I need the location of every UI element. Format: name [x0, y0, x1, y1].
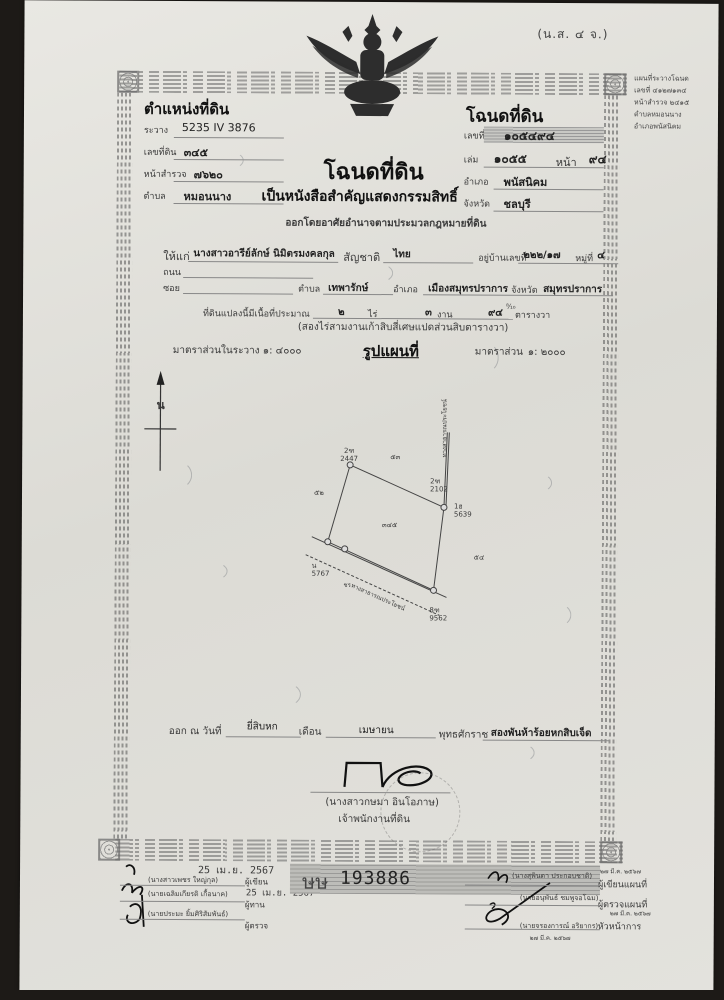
issued-month: เมษายน	[359, 723, 394, 738]
security-fiber	[541, 603, 571, 627]
field-underline	[383, 262, 473, 263]
owner-label: ให้แก่	[163, 247, 189, 265]
scale-left-label: มาตราส่วนในระวาง	[173, 343, 260, 358]
security-fiber	[192, 561, 228, 581]
security-fiber	[261, 681, 301, 707]
map-writer-name: (นางสุพินดา ประกอบชาติ)	[512, 871, 592, 882]
side-note: แผนที่ระวางโฉนด	[634, 73, 689, 84]
section-head-name: (นายจรองการณ์ อริยากร)	[520, 921, 598, 932]
field-label-deed-no: เลขที่	[464, 128, 485, 142]
document-title: โฉนดที่ดิน	[324, 154, 424, 190]
north-arrow-icon	[140, 371, 181, 471]
nationality-value: ไทย	[393, 247, 411, 262]
map-writer-date: ๒๗ มี.ค. ๒๕๖๗	[600, 866, 641, 876]
marker-label: 8ฑ9562	[429, 606, 447, 622]
field-label-parcel-no: เลขที่ดิน	[144, 145, 177, 159]
serial-prefix: ษษ	[302, 866, 329, 898]
side-note: อำเภอพนัสนิคม	[634, 121, 681, 132]
corner-ornament-icon	[604, 73, 626, 95]
field-label-district: อำเภอ	[464, 174, 489, 188]
road-tag: ชร	[344, 580, 351, 590]
neighbor-west: ๕๒	[314, 488, 324, 499]
marker-label: 1ฮ5639	[454, 502, 472, 518]
field-label-province: จังหวัด	[464, 196, 491, 210]
land-title-deed-paper: (น.ส. ๔ จ.) แผนที่ระวางโฉนด เลขที่ ๔๑๒๗๑…	[19, 0, 718, 994]
area-wa-label: ตารางวา	[515, 308, 550, 322]
corner-ornament-icon	[98, 839, 120, 861]
field-underline	[518, 263, 618, 265]
form-number: (น.ส. ๔ จ.)	[537, 25, 608, 44]
field-underline	[174, 137, 284, 139]
map-title: รูปแผนที่	[363, 339, 419, 363]
reviewer-name: (นายเฉลิมเกียรติ เกื้อนาค)	[148, 889, 228, 900]
section-head-date: ๒๗ มี.ค. ๒๕๖๗	[530, 933, 571, 943]
neighbor-north: ๕๓	[390, 452, 400, 463]
field-value-deed-no: ๑๐๕๔๙๔	[504, 127, 555, 146]
security-fiber	[522, 473, 552, 493]
owner-name: นางสาวอารีย์ลักษ์ นิมิตรมงคลกุล	[193, 246, 335, 262]
area-label: ที่ดินแปลงนี้มีเนื้อที่ประมาณ	[203, 306, 310, 321]
field-label-volume: เล่ม	[464, 152, 479, 166]
field-underline	[183, 293, 293, 295]
field-underline	[188, 261, 338, 263]
field-underline	[483, 740, 609, 742]
ornamental-border-left	[113, 93, 133, 839]
corner-ornament-icon	[117, 71, 139, 93]
field-underline	[174, 181, 284, 183]
field-label-survey-page: หน้าสำรวจ	[144, 167, 187, 181]
nationality-label: สัญชาติ	[343, 248, 380, 266]
serial-number: 193886	[340, 868, 411, 889]
corner-ornament-icon	[600, 841, 622, 863]
marker-label: น5767	[312, 562, 330, 578]
ornamental-border-right	[600, 95, 620, 841]
security-fiber	[501, 743, 535, 763]
section-head-role: หัวหน้าการ	[598, 919, 642, 933]
scale-left-value: ๑: ๔๐๐๐	[263, 343, 302, 358]
side-note: ตำบลหมอนนาง	[634, 109, 682, 120]
field-label-subdistrict: ตำบล	[144, 189, 166, 203]
neighbor-east: ๕๔	[474, 553, 485, 564]
north-label: น	[156, 396, 164, 415]
background-surface	[0, 990, 724, 1000]
owner-subdistrict-label: ตำบล	[298, 282, 320, 296]
location-block-title: ตำแหน่งที่ดิน	[144, 97, 229, 121]
area-in-words: (สองไร่สามงานเก้าสิบสี่เศษแปดส่วนสิบตารา…	[298, 320, 508, 336]
issued-under-law: ออกโดยอาศัยอำนาจตามประมวลกฎหมายที่ดิน	[285, 216, 486, 232]
parcel-number: ๓๔๕	[382, 520, 397, 531]
parcel-map	[291, 412, 512, 633]
soi-label: ซอย	[163, 281, 180, 295]
issued-day: ยี่สิบหก	[247, 719, 278, 734]
checker-role: ผู้ตรวจ	[245, 919, 268, 932]
field-underline	[326, 737, 436, 739]
month-label: เดือน	[299, 725, 322, 740]
field-label-sheet: ระวาง	[144, 123, 168, 137]
house-no-value: ๒๒๒/๑๗	[523, 248, 560, 263]
map-writer-role: ผู้เขียนแผนที่	[598, 877, 647, 891]
field-underline	[226, 736, 301, 737]
moo-value: ๔	[597, 248, 605, 263]
marker-label: 2ฑ2447	[340, 447, 358, 463]
map-checker-date: ๒๗ มี.ค. ๒๕๖๗	[610, 908, 651, 918]
officer-name: (นางสาวกษมา อินโอภาษ)	[325, 795, 439, 811]
marker-label: 2ฑ2102	[430, 477, 448, 493]
road-label: ถนน	[163, 265, 181, 279]
map-checker-name: (นายอนุพันธ์ ชมพูจอโฉม)	[520, 893, 599, 904]
issued-date-label: ออก ณ วันที่	[169, 724, 222, 739]
garuda-emblem-icon	[302, 12, 443, 123]
field-underline	[183, 277, 313, 279]
field-value-sheet: 5235 IV 3876	[182, 121, 256, 134]
document-subtitle: เป็นหนังสือสำคัญแสดงกรรมสิทธิ์	[262, 185, 458, 208]
ornamental-border-bottom	[115, 839, 625, 864]
scale-right-value: ๑: ๒๐๐๐	[528, 345, 566, 360]
scale-right-label: มาตราส่วน	[475, 345, 523, 360]
year-label: พุทธศักราช	[439, 727, 489, 742]
side-note: เลขที่ ๔๑๒๗๑๓๔	[634, 85, 687, 96]
reviewer-role: ผู้ทาน	[245, 898, 265, 911]
road-east-label: ทางสาธารณประโยชน์	[439, 399, 449, 457]
owner-district-label: อำเภอ	[393, 282, 418, 296]
officer-title: เจ้าพนักงานที่ดิน	[338, 812, 410, 827]
side-note: หน้าสำรวจ ๒๔๑๕	[634, 97, 689, 108]
field-label-page: หน้า	[556, 153, 577, 171]
